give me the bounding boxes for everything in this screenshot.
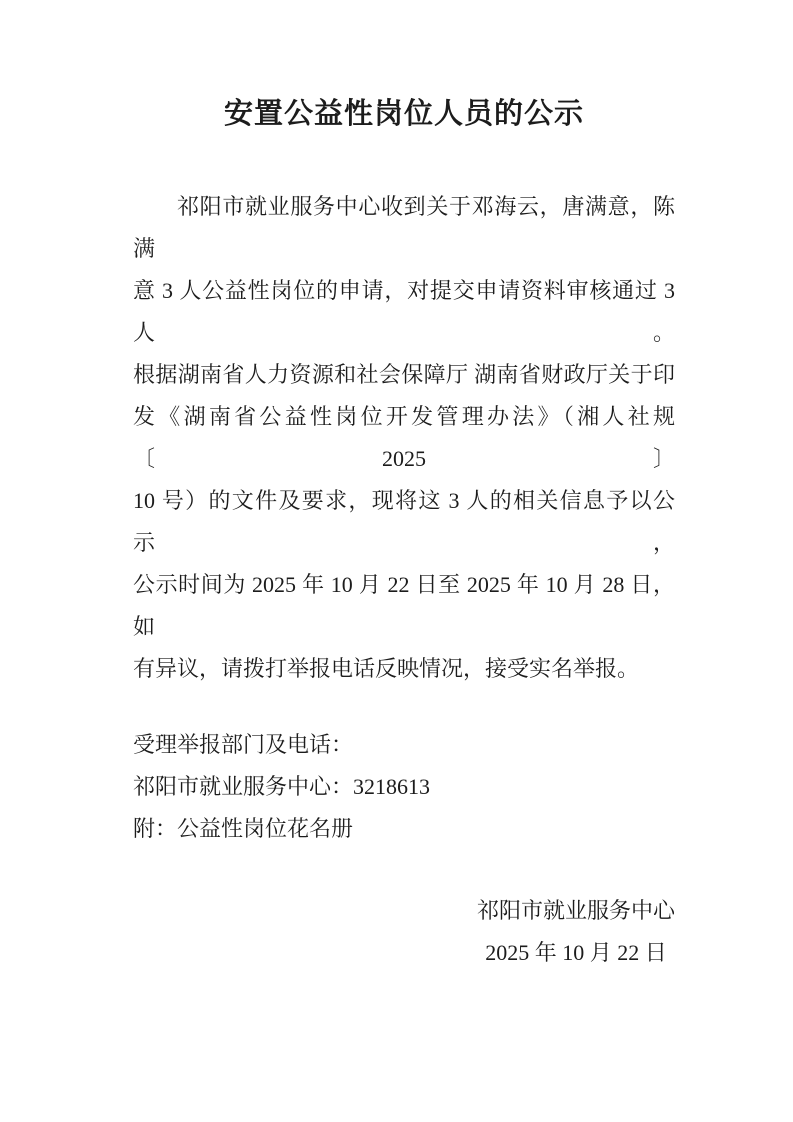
body-line: 有异议，请拨打举报电话反映情况，接受实名举报。 [133, 648, 675, 690]
document-page: 安置公益性岗位人员的公示 祁阳市就业服务中心收到关于邓海云，唐满意，陈满 意 3… [0, 0, 793, 1122]
report-contact-section: 受理举报部门及电话： 祁阳市就业服务中心：3218613 附：公益性岗位花名册 [133, 724, 675, 850]
main-paragraph: 祁阳市就业服务中心收到关于邓海云，唐满意，陈满 意 3 人公益性岗位的申请，对提… [133, 186, 675, 690]
signature-block: 祁阳市就业服务中心 2025 年 10 月 22 日 [477, 890, 675, 974]
attachment-line: 附：公益性岗位花名册 [133, 808, 675, 850]
report-phone-line: 祁阳市就业服务中心：3218613 [133, 766, 675, 808]
body-line: 公示时间为 2025 年 10 月 22 日至 2025 年 10 月 28 日… [133, 564, 675, 648]
body-line: 根据湖南省人力资源和社会保障厅 湖南省财政厅关于印 [133, 354, 675, 396]
document-content: 安置公益性岗位人员的公示 祁阳市就业服务中心收到关于邓海云，唐满意，陈满 意 3… [0, 0, 793, 974]
document-title: 安置公益性岗位人员的公示 [133, 94, 675, 134]
body-line: 祁阳市就业服务中心收到关于邓海云，唐满意，陈满 [133, 186, 675, 270]
report-contact-heading: 受理举报部门及电话： [133, 724, 675, 766]
signature-org: 祁阳市就业服务中心 [477, 890, 675, 932]
body-line: 10 号）的文件及要求，现将这 3 人的相关信息予以公示， [133, 480, 675, 564]
body-line: 意 3 人公益性岗位的申请，对提交申请资料审核通过 3 人。 [133, 270, 675, 354]
body-line: 发《湖南省公益性岗位开发管理办法》（湘人社规〔2025〕 [133, 396, 675, 480]
signature-date: 2025 年 10 月 22 日 [485, 932, 667, 974]
